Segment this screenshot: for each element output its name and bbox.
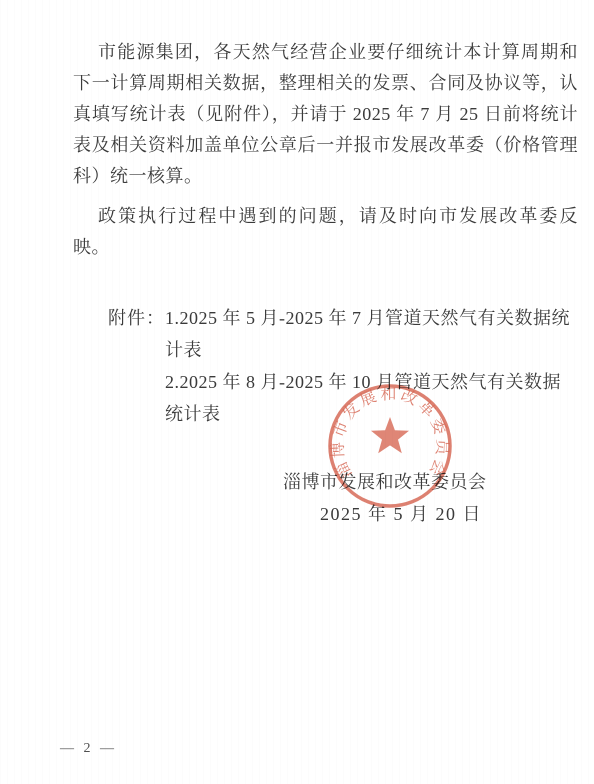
body-paragraph-1: 市能源集团，各天然气经营企业要仔细统计本计算周期和下一计算周期相关数据，整理相关… <box>73 37 578 192</box>
page-number: — 2 — <box>60 741 117 757</box>
scanned-document-page: 市能源集团，各天然气经营企业要仔细统计本计算周期和下一计算周期相关数据，整理相关… <box>0 0 594 784</box>
attachment-item-1: 1.2025 年 5 月-2025 年 7 月管道天然气有关数据统计表 <box>165 302 578 366</box>
official-seal: 淄博市发展和改革委员会 <box>322 380 456 514</box>
seal-star-icon <box>371 417 409 453</box>
body-paragraph-2: 政策执行过程中遇到的问题，请及时向市发展改革委反映。 <box>73 201 578 263</box>
attachments-label: 附件： <box>108 302 165 334</box>
